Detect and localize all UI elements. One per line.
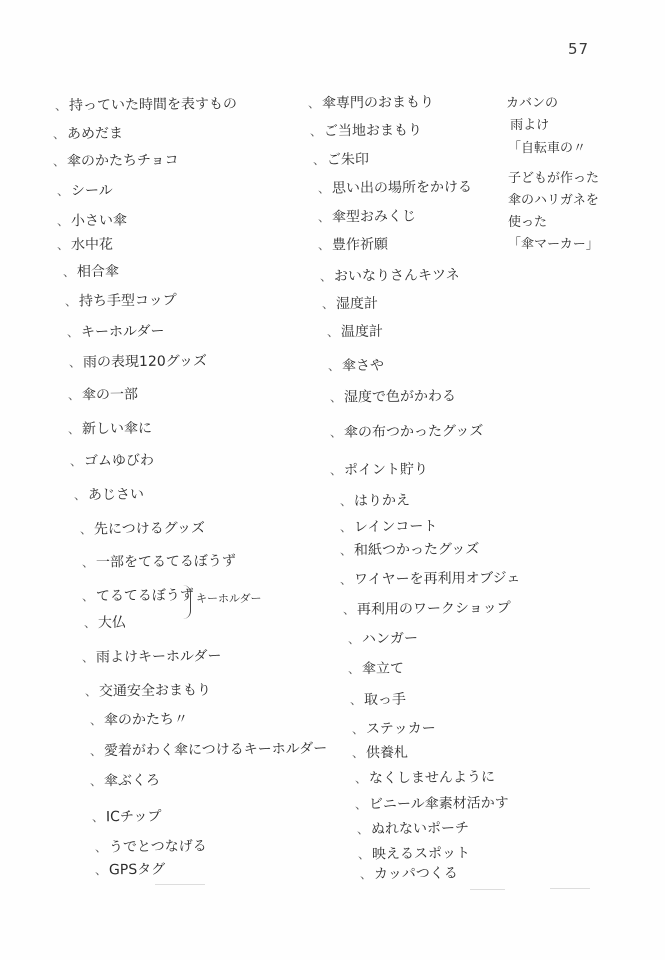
bullet-mark: 、 [340,492,354,510]
list-item: 、あめだま [53,125,123,144]
list-item: 、雨よけキーホルダー [82,647,222,666]
list-item-text: 新しい傘に [82,421,152,438]
list-item: 、供養札 [352,744,408,763]
list-item: 、なくしませんように [355,768,495,787]
list-item-text: おいなりさんキツネ [334,267,460,284]
bullet-mark: 、 [330,461,344,479]
bullet-mark: 、 [82,587,96,605]
list-item: 、カッパつくる [360,864,458,883]
bullet-mark: 、 [358,845,372,863]
bullet-mark: 、 [357,820,371,838]
list-item: 、先につけるグッズ [80,519,205,538]
list-item: 、ぬれないポーチ [357,819,469,838]
list-item: 、傘の一部 [68,386,138,405]
list-item: 、キーホルダー [67,322,165,341]
list-item-text: 傘専門のおまもり [322,94,434,111]
list-item: 、ポイント貯り [330,460,428,479]
list-item-text: 再利用のワークショップ [357,600,511,618]
bullet-mark: 、 [350,691,364,709]
list-item: 、ビニール傘素材活かす [355,794,509,814]
bullet-mark: 、 [355,796,369,814]
list-item: 、はりかえ [340,492,410,511]
list-item-text: 湿度で色がかわる [344,388,456,405]
bullet-mark: 、 [95,861,109,879]
list-item-text: 持っていた時間を表すもの [69,96,237,114]
list-item: 、取っ手 [350,691,406,710]
bullet-mark: 、 [82,649,96,667]
list-item-text: 水中花 [71,237,113,253]
list-item: 、ゴムゆびわ [70,452,154,471]
list-item: 、シール [57,182,113,201]
list-item: 、映えるスポット [358,844,470,863]
list-item: 、和紙つかったグッズ [340,540,479,559]
list-item: 、おいなりさんキツネ [320,266,460,285]
list-item: 、てるてるぼうず [82,586,194,605]
bullet-mark: 、 [82,554,96,572]
bullet-mark: 、 [57,236,71,254]
list-item: 、小さい傘 [57,212,127,231]
list-item: 、ワイヤーを再利用オブジェ [340,569,521,589]
list-item: 、傘さや [328,357,384,376]
bullet-mark: 、 [55,97,69,115]
list-item-text: レインコート [354,518,437,535]
bullet-mark: 、 [348,630,362,648]
bullet-mark: 、 [68,386,82,404]
bracket-annotation: キーホルダー [196,590,262,606]
bullet-mark: 、 [69,354,83,372]
bullet-mark: 、 [340,518,354,536]
list-item: 、GPSタグ [95,861,165,880]
list-item-text: ぬれないポーチ [371,820,469,837]
list-item-text: 傘型おみくじ [332,208,416,225]
list-item: 、湿度で色がかわる [330,387,456,406]
list-item-text: 交通安全おまもり [99,682,211,699]
bullet-mark: 、 [70,452,84,470]
list-item-text: 温度計 [341,324,383,340]
list-item-text: ご当地おまもり [324,122,422,139]
list-item-text: シール [71,183,113,199]
list-item: 、ステッカー [352,720,436,739]
bullet-mark: 、 [80,521,94,539]
list-item-text: 雨の表現120グッズ [83,353,207,370]
list-item-text: GPSタグ [109,862,165,879]
bullet-mark: 、 [330,389,344,407]
bullet-mark: 、 [85,683,99,701]
bullet-mark: 、 [95,838,109,856]
bullet-mark: 、 [67,323,81,341]
list-item-text: ICチップ [106,809,162,826]
list-item-text: 雨よけキーホルダー [96,648,222,665]
list-item: 、傘ぶくろ [90,772,160,791]
list-item: 、相合傘 [63,263,119,282]
list-item-text: あめだま [67,126,123,143]
list-item: 、傘の布つかったグッズ [330,422,483,442]
list-item-text: あじさい [88,487,144,504]
list-item: 、一部をてるてるぼうず [82,552,236,572]
bullet-mark: 、 [340,542,354,560]
scan-smudge [550,888,590,889]
bullet-mark: 、 [318,180,332,198]
bullet-mark: 、 [318,236,332,254]
list-item-text: 先につけるグッズ [94,520,205,537]
list-item-text: 小さい傘 [71,213,127,230]
list-item-text: 傘の布つかったグッズ [344,423,483,440]
list-item: 、思い出の場所をかける [318,178,472,198]
bullet-mark: 、 [57,182,71,200]
list-item-text: ステッカー [366,721,436,738]
bullet-mark: 、 [318,208,332,226]
list-item-text: ご朱印 [327,152,369,168]
bullet-mark: 、 [84,614,98,632]
bullet-mark: 、 [328,357,342,375]
bullet-mark: 、 [313,151,327,169]
list-item-text: 豊作祈願 [332,237,388,254]
list-item-text: ポイント貯り [344,461,428,478]
list-item-text: 傘ぶくろ [104,773,160,790]
scan-smudge [470,889,505,890]
list-item-text: なくしませんように [369,769,495,786]
list-item-text: 取っ手 [364,692,406,708]
list-item-text: キーホルダー [81,323,165,340]
bullet-mark: 、 [63,263,77,281]
bullet-mark: 、 [65,292,79,310]
bullet-mark: 、 [53,125,67,143]
bullet-mark: 、 [327,323,341,341]
bullet-mark: 、 [355,770,369,788]
scan-smudge [155,884,205,885]
list-item: 、再利用のワークショップ [343,599,511,619]
bullet-mark: 、 [92,808,106,826]
page-number: 57 [568,40,589,58]
list-item: 、傘専門のおまもり [308,93,434,112]
list-item-text: 供養札 [366,745,408,761]
notebook-page: 57 、持っていた時間を表すもの、あめだま、傘のかたちチョコ、シール、小さい傘、… [0,0,665,960]
list-item-text: 映えるスポット [372,845,470,862]
list-item: 「自転車の〃 [508,138,586,160]
list-item: 、豊作祈願 [318,236,388,255]
bullet-mark: 、 [68,420,82,438]
list-item-text: ハンガー [362,631,418,648]
bullet-mark: 、 [343,601,357,619]
list-item-text: ゴムゆびわ [84,453,154,470]
list-item-text: 大仏 [98,615,126,631]
bullet-mark: 、 [90,772,104,790]
bullet-mark: 、 [53,153,67,171]
bullet-mark: 、 [320,268,334,286]
list-item-text: うでとつなげる [109,838,207,855]
bullet-mark: 、 [74,486,88,504]
list-item: 、新しい傘に [68,420,152,439]
list-item-text: ビニール傘素材活かす [369,795,509,812]
list-item-text: 「自転車の〃 [508,141,586,156]
bullet-mark: 、 [352,720,366,738]
list-item-text: 傘立て [362,661,404,677]
list-item-text: 相合傘 [77,264,119,280]
list-item-text: ワイヤーを再利用オブジェ [354,570,520,588]
bullet-mark: 、 [340,571,354,589]
list-item: 、あじさい [74,486,144,505]
bullet-mark: 、 [360,865,374,883]
list-item: 、大仏 [84,614,126,632]
list-item-text: 思い出の場所をかける [332,179,472,196]
list-item: 、交通安全おまもり [85,681,211,700]
list-item-text: カッパつくる [374,865,458,882]
bullet-mark: 、 [310,122,324,140]
bullet-mark: 、 [90,742,104,760]
bullet-mark: 、 [352,744,366,762]
list-item: 、ハンガー [348,630,418,649]
list-item: 、うでとつなげる [95,837,207,856]
bullet-mark: 、 [348,660,362,678]
list-item-text: 傘さや [342,358,384,374]
list-item: カバンの 雨よけ [506,93,558,137]
list-item: 、持っていた時間を表すもの [55,95,237,115]
list-item: 、レインコート [340,517,437,536]
list-item-text: カバンの 雨よけ [506,96,558,133]
list-item: 、愛着がわく傘につけるキーホルダー [90,740,327,760]
bullet-mark: 、 [90,711,104,729]
bullet-mark: 、 [330,424,344,442]
list-item: 、持ち手型コップ [65,291,177,310]
list-item: 、傘立て [348,660,404,679]
list-item-text: 湿度計 [336,296,378,312]
list-item: 、傘のかたち〃 [90,710,188,729]
grouping-bracket [180,585,191,619]
list-item-text: 傘の一部 [82,387,138,404]
list-item-text: 傘のかたちチョコ [67,152,179,169]
list-item: 、湿度計 [322,295,378,314]
bullet-mark: 、 [308,95,322,113]
list-item-text: 傘のかたち〃 [104,711,188,728]
list-item: 、水中花 [57,236,113,255]
bullet-mark: 、 [57,212,71,230]
list-item-text: 和紙つかったグッズ [354,541,479,558]
list-item-text: 子どもが作った 傘のハリガネを 使った 「傘マーカー」 [508,171,599,252]
list-item-text: はりかえ [354,493,410,510]
list-item: 、温度計 [327,323,383,342]
bullet-mark: 、 [322,295,336,313]
list-item-text: 一部をてるてるぼうず [96,553,236,570]
list-item-text: 愛着がわく傘につけるキーホルダー [104,741,327,759]
list-item: 、傘型おみくじ [318,207,416,226]
list-item: 、傘のかたちチョコ [53,151,179,170]
list-item: 、ご当地おまもり [310,121,422,140]
list-item: 子どもが作った 傘のハリガネを 使った 「傘マーカー」 [508,168,599,256]
list-item-text: 持ち手型コップ [79,292,177,309]
list-item: 、ご朱印 [313,151,369,170]
list-item: 、ICチップ [92,808,162,827]
list-item: 、雨の表現120グッズ [69,352,207,371]
